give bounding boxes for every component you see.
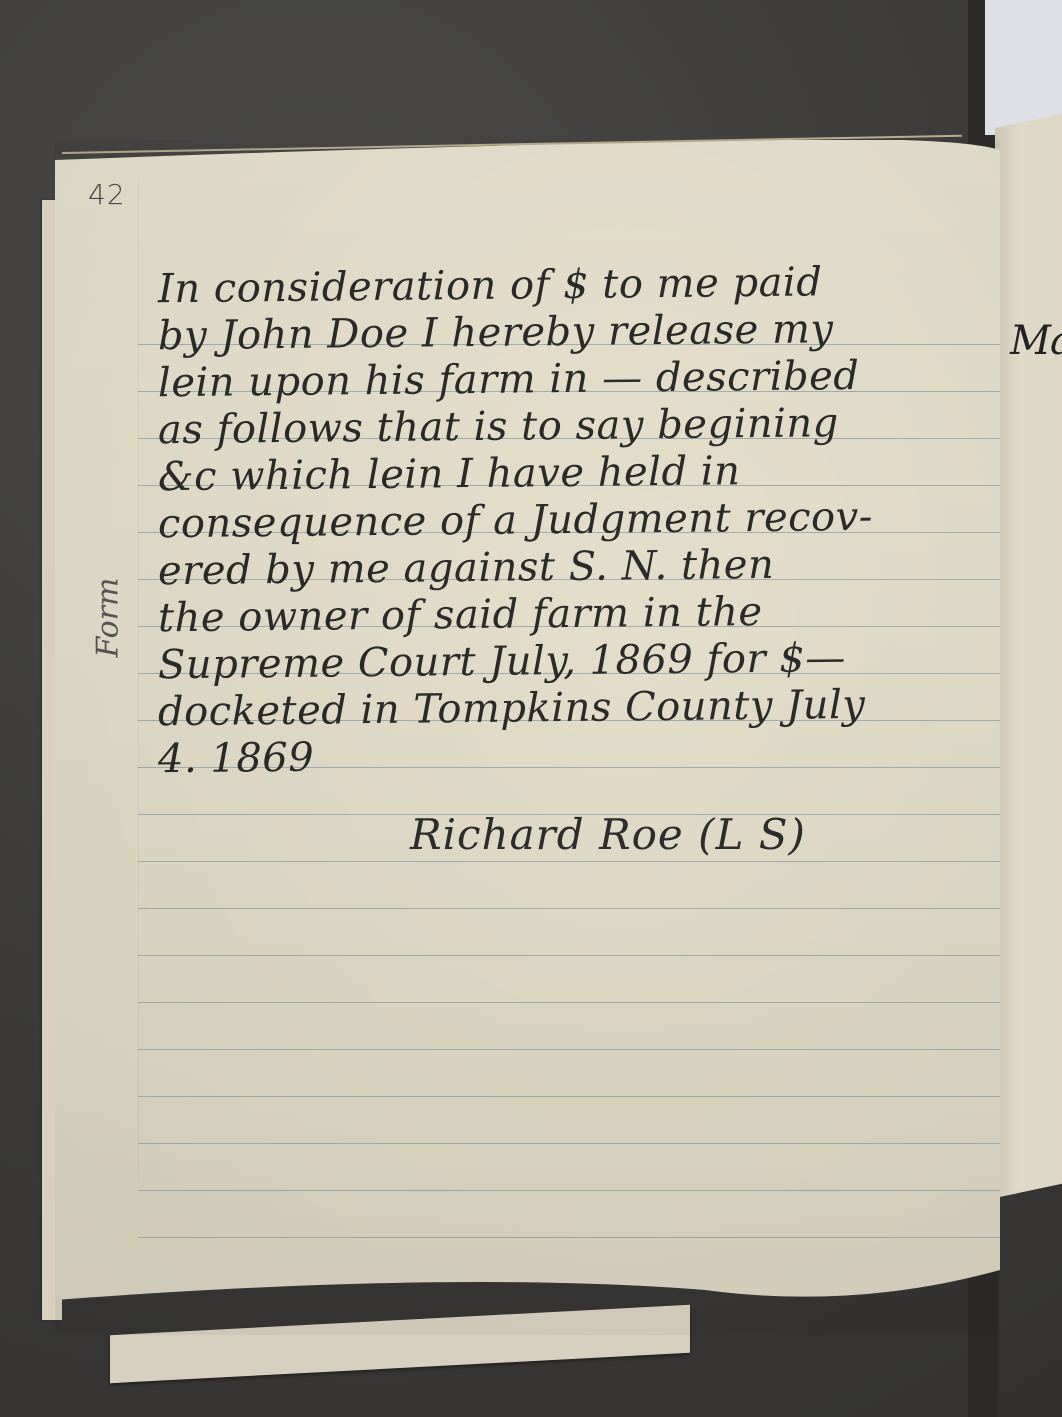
page-stack-bottom-edge (110, 1305, 690, 1383)
body-line: In consideration of $ to me paid (158, 258, 978, 314)
body-line: by John Doe I hereby release my (158, 305, 978, 361)
page-number: 42 (88, 178, 126, 211)
body-line: lein upon his farm in — described (158, 352, 978, 408)
body-line: ered by me against S. N. then (158, 540, 978, 596)
body-line: the owner of said farm in the (158, 587, 978, 643)
facing-page-text-fragment: Ma (1010, 318, 1062, 364)
facing-page (995, 111, 1062, 1198)
body-line: consequence of a Judgment recov- (158, 493, 978, 549)
body-line: docketed in Tompkins County July (158, 681, 978, 737)
body-line: 4. 1869 (158, 728, 978, 784)
body-line: &c which lein I have held in (158, 446, 978, 502)
margin-rule (138, 180, 139, 1180)
body-line: as follows that is to say begining (158, 399, 978, 455)
margin-note: Form (91, 568, 126, 668)
top-right-paper-slip: I (985, 0, 1062, 135)
body-line: Supreme Court July, 1869 for $— (158, 634, 978, 690)
signature: Richard Roe (L S) (410, 810, 806, 859)
handwritten-body: In consideration of $ to me paid by John… (158, 262, 978, 779)
